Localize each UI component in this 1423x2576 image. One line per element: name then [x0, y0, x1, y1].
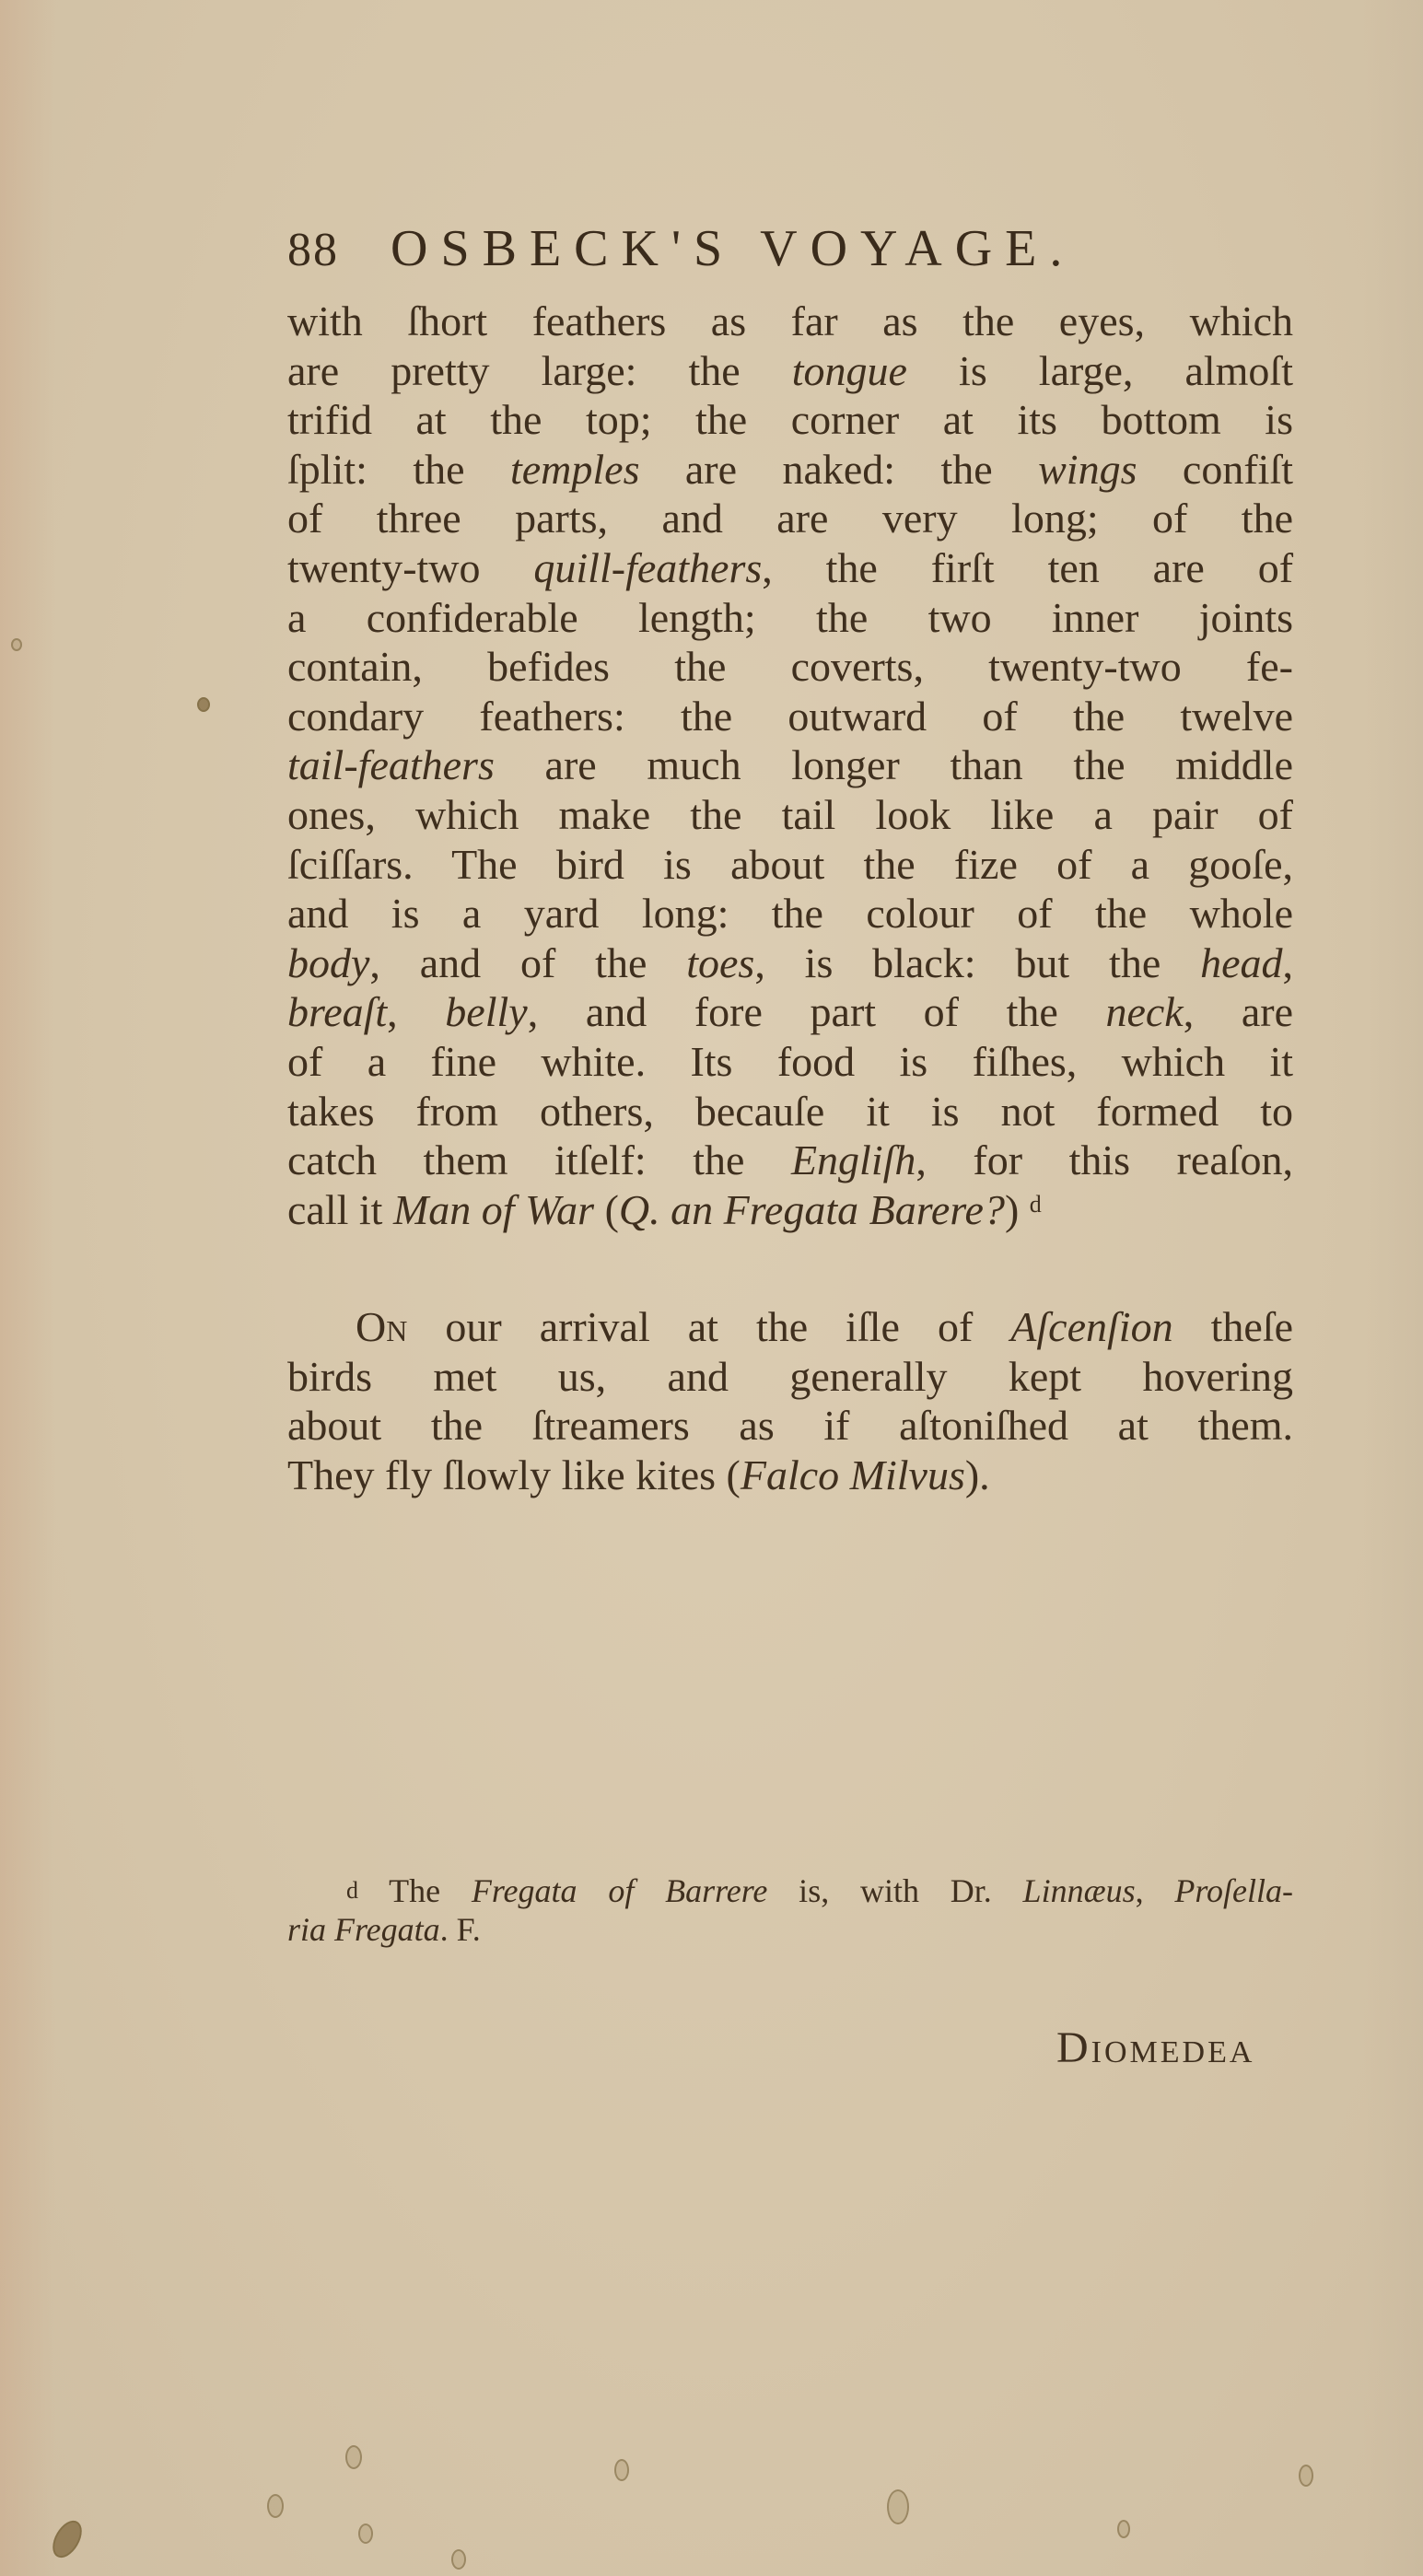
foxing-spot — [887, 2489, 909, 2524]
text-line: a confiderable length; the two inner joi… — [287, 593, 1293, 643]
page-number: 88 — [287, 223, 339, 277]
text-line: about the ſtreamers as if aſtoniſhed at … — [287, 1401, 1293, 1451]
foxing-spot — [358, 2524, 373, 2544]
paragraph-1: with ſhort feathers as far as the eyes, … — [287, 297, 1293, 1234]
foxing-spot — [11, 638, 22, 651]
text-line: body, and of the toes, is black: but the… — [287, 938, 1293, 988]
text-line: d The Fregata of Barrere is, with Dr. Li… — [287, 1871, 1293, 1910]
book-page: 88 OSBECK'S VOYAGE. with ſhort feathers … — [0, 0, 1423, 2576]
footnote: d The Fregata of Barrere is, with Dr. Li… — [287, 1871, 1293, 1949]
text-line: of a fine white. Its food is fiſhes, whi… — [287, 1037, 1293, 1087]
text-line: They fly ſlowly like kites (Falco Milvus… — [287, 1451, 1293, 1500]
foxing-spot — [267, 2494, 284, 2518]
foxing-spot — [614, 2459, 629, 2481]
foxing-spot — [1299, 2465, 1313, 2487]
running-title: OSBECK'S VOYAGE. — [391, 219, 1075, 278]
paragraph-gap — [287, 1234, 1293, 1302]
catchword-rest: IOMEDEA — [1091, 2035, 1255, 2069]
foxing-spot — [1117, 2520, 1130, 2538]
foxing-spot — [451, 2549, 466, 2570]
text-line: call it Man of War (Q. an Fregata Barere… — [287, 1185, 1293, 1235]
foxing-spot — [345, 2445, 362, 2469]
text-line: condary feathers: the outward of the twe… — [287, 692, 1293, 741]
text-line: catch them itſelf: the Engliſh, for this… — [287, 1136, 1293, 1185]
paragraph-2: On our arrival at the iſle of Aſcenſion … — [287, 1302, 1293, 1499]
text-line: of three parts, and are very long; of th… — [287, 494, 1293, 543]
foxing-spot — [197, 697, 210, 712]
catchword: DIOMEDEA — [1056, 2022, 1254, 2073]
text-line: contain, befides the coverts, twenty-two… — [287, 642, 1293, 692]
running-head: 88 OSBECK'S VOYAGE. — [287, 219, 1254, 284]
text-line: ria Fregata. F. — [287, 1910, 1293, 1949]
text-line: birds met us, and generally kept hoverin… — [287, 1352, 1293, 1402]
text-line: On our arrival at the iſle of Aſcenſion … — [287, 1302, 1293, 1352]
text-line: tail-feathers are much longer than the m… — [287, 740, 1293, 790]
catchword-initial: D — [1056, 2023, 1091, 2072]
foxing-spot — [47, 2515, 88, 2562]
text-line: and is a yard long: the colour of the wh… — [287, 889, 1293, 938]
text-line: are pretty large: the tongue is large, a… — [287, 346, 1293, 396]
text-line: twenty-two quill-feathers, the firſt ten… — [287, 543, 1293, 593]
text-line: breaſt, belly, and fore part of the neck… — [287, 987, 1293, 1037]
text-line: with ſhort feathers as far as the eyes, … — [287, 297, 1293, 346]
text-line: ſciſſars. The bird is about the fize of … — [287, 840, 1293, 890]
text-line: takes from others, becauſe it is not for… — [287, 1087, 1293, 1136]
text-line: ſplit: the temples are naked: the wings … — [287, 445, 1293, 495]
text-line: ones, which make the tail look like a pa… — [287, 790, 1293, 840]
text-line: trifid at the top; the corner at its bot… — [287, 395, 1293, 445]
main-text: with ſhort feathers as far as the eyes, … — [287, 297, 1293, 1500]
